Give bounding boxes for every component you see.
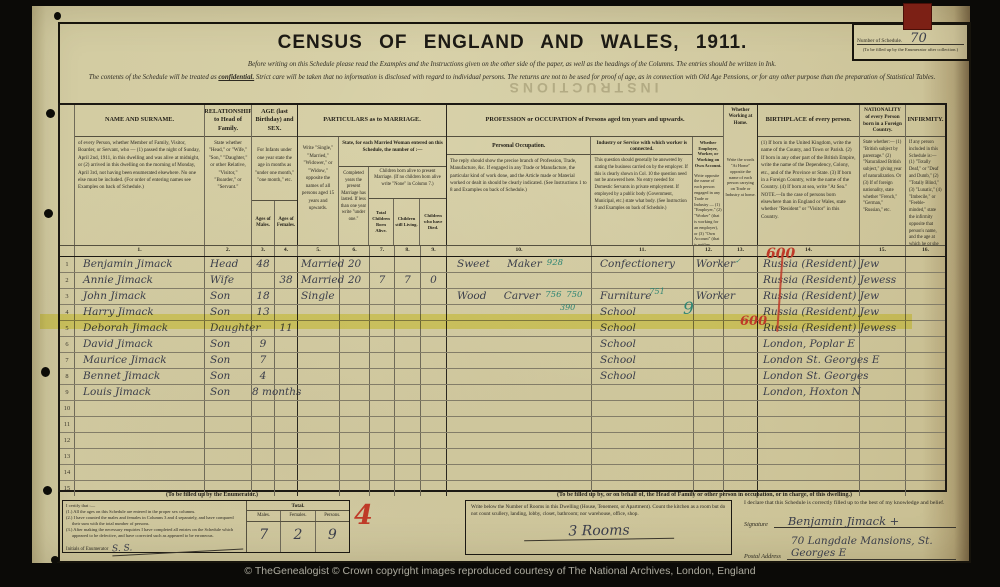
cell-am: 18 <box>252 289 275 304</box>
cell-name: Bennet Jimack <box>75 369 205 384</box>
punch-hole <box>41 367 50 377</box>
column-name-instructions: of every Person, whether Member of Famil… <box>75 137 204 245</box>
rooms-box: Write below the Number of Rooms in this … <box>465 500 732 555</box>
cell-rel: Son <box>205 385 252 400</box>
cell-birth <box>758 401 860 416</box>
cell-born <box>370 433 395 448</box>
punch-hole <box>51 556 59 564</box>
column-infirmity-instructions: If any person included in this Schedule … <box>906 137 945 245</box>
cell-home <box>724 257 758 272</box>
column-number: 2. <box>205 246 252 256</box>
table-row: 2Annie JimackWife38Married20770Russia (R… <box>60 273 945 289</box>
cell-mar <box>298 417 340 432</box>
cell-name: John Jimack <box>75 289 205 304</box>
cell-born <box>370 385 395 400</box>
cell-birth <box>758 417 860 432</box>
cell-occ <box>447 433 592 448</box>
column-employer-worker-instructions: Write opposite the name of each person e… <box>693 171 723 245</box>
cell-inf <box>906 449 945 464</box>
cell-emp <box>694 433 724 448</box>
cell-rel: Wife <box>205 273 252 288</box>
column-birthplace-instructions: (1) If born in the United Kingdom, write… <box>758 137 859 245</box>
cell-born: 7 <box>370 273 395 288</box>
cell-home <box>724 369 758 384</box>
cell-living <box>395 257 421 272</box>
cell-living <box>395 465 421 480</box>
cell-af <box>275 417 298 432</box>
table-row: 12 <box>60 433 945 449</box>
totals-females-value: 2 <box>281 522 315 552</box>
column-marriage: PARTICULARS as to MARRIAGE. Write "Singl… <box>298 105 447 245</box>
cell-born <box>370 369 395 384</box>
column-marriage-years: Completed years the present Marriage has… <box>339 167 369 245</box>
cell-af <box>275 385 298 400</box>
cell-ind: School <box>592 369 694 384</box>
column-number: 6. <box>340 246 370 256</box>
cell-af <box>275 369 298 384</box>
cell-inf <box>906 289 945 304</box>
table-row: 7Maurice JimackSon7SchoolLondon St. Geor… <box>60 353 945 369</box>
cell-birth: London St. Georges <box>758 369 860 384</box>
cell-inf <box>906 369 945 384</box>
table-row: 13 <box>60 449 945 465</box>
cell-emp <box>694 369 724 384</box>
column-number: 12. <box>694 246 724 256</box>
scan-area: INSTRUCTIONS Number of Schedule. 70 (To … <box>0 0 1000 587</box>
cell-living <box>395 289 421 304</box>
cell-birth <box>758 465 860 480</box>
cell-nat <box>860 401 906 416</box>
cell-am <box>252 273 275 288</box>
column-marriage-single-instructions: Write "Single," "Married," "Widower," or… <box>298 137 339 245</box>
cell-inf <box>906 353 945 368</box>
cell-ind <box>592 433 694 448</box>
cell-nat <box>860 257 906 272</box>
column-number: 3. <box>252 246 275 256</box>
cell-ind <box>592 385 694 400</box>
cell-yrs: 20 <box>340 273 370 288</box>
column-working-at-home-instructions: Write the words "At Home" opposite the n… <box>724 129 757 245</box>
column-working-at-home: Whether Working at Home. Write the words… <box>724 105 758 245</box>
column-name-title: NAME AND SURNAME. <box>75 105 204 137</box>
cell-born <box>370 417 395 432</box>
cell-living <box>395 433 421 448</box>
cell-nat <box>860 449 906 464</box>
cell-died <box>421 417 447 432</box>
totals-table: Total. Males. Females. Persons. 7 2 9 <box>247 501 349 552</box>
cell-living <box>395 401 421 416</box>
cell-living <box>395 353 421 368</box>
cell-inf <box>906 401 945 416</box>
green-code: 751 <box>649 285 664 299</box>
cell-ind <box>592 273 694 288</box>
cell-occ <box>447 385 592 400</box>
punch-hole <box>46 109 55 118</box>
cell-birth: London, Poplar E <box>758 337 860 352</box>
signature-label: Signature <box>744 521 768 528</box>
cell-af <box>275 401 298 416</box>
cell-ind: Confectionery <box>592 257 694 272</box>
column-infirmity: INFIRMITY. If any person included in thi… <box>906 105 945 245</box>
signature-value: Benjamin Jimack + <box>774 515 956 528</box>
intro-line-1: Before writing on this Schedule please r… <box>72 60 952 71</box>
cell-yrs <box>340 289 370 304</box>
cell-birth: London, Hoxton N <box>758 385 860 400</box>
column-industry-title: Industry or Service with which worker is… <box>591 137 692 155</box>
cell-yrs <box>340 433 370 448</box>
column-children-died-label: Children who have Died. <box>420 199 446 245</box>
cell-occ <box>447 273 592 288</box>
column-relationship: RELATIONSHIP to Head of Family. State wh… <box>205 105 252 245</box>
cell-rel: Head <box>205 257 252 272</box>
cell-rel: Son <box>205 369 252 384</box>
cell-af <box>275 433 298 448</box>
cell-mar: Married <box>298 257 340 272</box>
cell-am <box>252 417 275 432</box>
cell-died: 0 <box>421 273 447 288</box>
head-of-family-section-heading: (To be filled up by, or on behalf of, th… <box>452 492 957 498</box>
column-working-at-home-title: Whether Working at Home. <box>724 105 757 129</box>
cell-nat <box>860 465 906 480</box>
totals-males-value: 7 <box>247 522 281 552</box>
cell-birth <box>758 433 860 448</box>
cell-born <box>370 353 395 368</box>
postal-address-value: 70 Langdale Mansions, St. Georges E <box>787 535 956 560</box>
cell-rel: Son <box>205 337 252 352</box>
cell-af <box>275 449 298 464</box>
column-number: 11. <box>592 246 694 256</box>
cell-num: 10 <box>60 401 75 416</box>
column-marriage-title: PARTICULARS as to MARRIAGE. <box>298 105 446 137</box>
cell-name: Benjamin Jimack <box>75 257 205 272</box>
row-number-column-header <box>60 105 75 245</box>
totals-heading: Total. <box>247 501 349 511</box>
cell-yrs <box>340 337 370 352</box>
intro2-post: Strict care will be taken that no inform… <box>254 74 935 81</box>
column-industry: Industry or Service with which worker is… <box>591 137 693 245</box>
table-row: 1Benjamin JimackHead48Married20Sweet Mak… <box>60 257 945 273</box>
cell-am <box>252 449 275 464</box>
cell-mar <box>298 369 340 384</box>
column-nationality-instructions: State whether:— (1) "British subject by … <box>860 137 905 245</box>
cell-rel: Son <box>205 353 252 368</box>
cell-rel <box>205 465 252 480</box>
column-relationship-instructions: State whether "Head," or "Wife," "Son," … <box>205 137 251 245</box>
cell-yrs <box>340 401 370 416</box>
cell-yrs <box>340 449 370 464</box>
cell-rel <box>205 433 252 448</box>
cell-died <box>421 289 447 304</box>
cell-name <box>75 417 205 432</box>
column-birthplace: BIRTHPLACE of every person. (1) If born … <box>758 105 860 245</box>
highlight-band-deborah-row <box>40 314 912 329</box>
column-number: 9. <box>421 246 447 256</box>
cell-am: 8 months <box>252 385 275 400</box>
cell-rel <box>205 401 252 416</box>
cell-occ: Sweet Maker928 <box>447 257 592 272</box>
cell-num: 14 <box>60 465 75 480</box>
cell-am: 7 <box>252 353 275 368</box>
cell-num: 2 <box>60 273 75 288</box>
cell-emp <box>694 273 724 288</box>
cell-born <box>370 481 395 496</box>
column-number: 16. <box>906 246 945 256</box>
cell-died <box>421 385 447 400</box>
green-code: 756 750 <box>545 288 582 302</box>
column-number: 15. <box>860 246 906 256</box>
cell-living: 7 <box>395 273 421 288</box>
table-row: 8Bennet JimackSon4SchoolLondon St. Georg… <box>60 369 945 385</box>
cell-name: Annie Jimack <box>75 273 205 288</box>
cell-num: 12 <box>60 433 75 448</box>
intro2-pre: The contents of the Schedule will be tre… <box>89 74 219 81</box>
cell-occ <box>447 353 592 368</box>
cell-am <box>252 433 275 448</box>
cell-living <box>395 417 421 432</box>
cell-name: Louis Jimack <box>75 385 205 400</box>
cell-num: 7 <box>60 353 75 368</box>
cell-nat <box>860 273 906 288</box>
cell-mar <box>298 433 340 448</box>
cell-living <box>395 369 421 384</box>
cell-died <box>421 353 447 368</box>
cell-nat <box>860 433 906 448</box>
cell-am <box>252 401 275 416</box>
declaration-text: I declare that this Schedule is correctl… <box>744 500 956 508</box>
cell-died <box>421 449 447 464</box>
cell-died <box>421 433 447 448</box>
cell-inf <box>906 433 945 448</box>
cell-home <box>724 449 758 464</box>
cell-emp: Worker <box>694 289 724 304</box>
cell-af <box>275 257 298 272</box>
cell-yrs: 20 <box>340 257 370 272</box>
cell-born <box>370 337 395 352</box>
cell-home <box>724 465 758 480</box>
cell-born <box>370 289 395 304</box>
green-worker-code-9: 9 <box>683 299 694 319</box>
postal-address-label: Postal Address <box>744 553 781 560</box>
totals-females-label: Females. <box>281 511 315 521</box>
archive-corner-tab <box>903 3 932 30</box>
census-table: NAME AND SURNAME. of every Person, wheth… <box>58 103 947 492</box>
cell-birth <box>758 449 860 464</box>
column-age: AGE (last Birthday) and SEX. For Infants… <box>252 105 298 245</box>
cell-died <box>421 401 447 416</box>
cell-occ: Wood Carver756 750 <box>447 289 592 304</box>
column-nationality: NATIONALITY of every Person born in a Fo… <box>860 105 906 245</box>
cell-home <box>724 417 758 432</box>
cell-home <box>724 385 758 400</box>
cell-living <box>395 449 421 464</box>
cell-rel <box>205 449 252 464</box>
column-personal-occupation-title: Personal Occupation. <box>447 137 590 155</box>
column-personal-occupation-instructions: The reply should show the precise branch… <box>447 155 590 245</box>
rooms-value: 3 Rooms <box>523 521 673 541</box>
cell-ind <box>592 401 694 416</box>
enumerator-certify-box: I certify that :— (1.) All the ages on t… <box>62 500 350 553</box>
column-personal-occupation: Personal Occupation. The reply should sh… <box>447 137 591 245</box>
green-code: 928 <box>547 256 563 270</box>
column-children-born-label: Total Children Born Alive. <box>369 199 394 245</box>
cell-occ <box>447 417 592 432</box>
cell-af <box>275 353 298 368</box>
cell-emp <box>694 385 724 400</box>
cell-yrs <box>340 353 370 368</box>
cell-name <box>75 465 205 480</box>
cell-home <box>724 353 758 368</box>
column-number: 13. <box>724 246 758 256</box>
cell-nat <box>860 289 906 304</box>
cell-yrs <box>340 369 370 384</box>
cell-home <box>724 337 758 352</box>
cell-num: 6 <box>60 337 75 352</box>
column-employer-worker: Whether Employer, Worker, or Working on … <box>693 137 723 245</box>
cell-ind: Furniture751 <box>592 289 694 304</box>
intro2-confidential: confidential. <box>218 74 254 81</box>
cell-ind: School <box>592 337 694 352</box>
cell-af <box>275 289 298 304</box>
red-birthplace-code-600-row5: 600 <box>740 314 767 329</box>
intro-line-2: The contents of the Schedule will be tre… <box>72 73 952 84</box>
cell-inf <box>906 337 945 352</box>
cell-mar <box>298 337 340 352</box>
cell-name <box>75 433 205 448</box>
cell-nat <box>860 385 906 400</box>
cell-num: 1 <box>60 257 75 272</box>
cell-inf <box>906 385 945 400</box>
cell-home <box>724 433 758 448</box>
punch-hole <box>44 209 53 218</box>
cell-ind <box>592 449 694 464</box>
cell-num: 11 <box>60 417 75 432</box>
cell-rel <box>205 417 252 432</box>
table-row: 6David JimackSon9SchoolLondon, Poplar E <box>60 337 945 353</box>
cell-am: 48 <box>252 257 275 272</box>
rooms-instructions: Write below the Number of Rooms in this … <box>471 504 726 519</box>
column-number: 8. <box>395 246 421 256</box>
cell-occ <box>447 465 592 480</box>
watermark-text: © TheGenealogist © Crown copyright image… <box>0 565 1000 577</box>
cell-nat <box>860 417 906 432</box>
cell-nat <box>860 353 906 368</box>
cell-occ <box>447 369 592 384</box>
column-profession: PROFESSION or OCCUPATION of Persons aged… <box>447 105 724 245</box>
census-schedule-page: INSTRUCTIONS Number of Schedule. 70 (To … <box>32 6 970 563</box>
totals-persons-label: Persons. <box>316 511 349 521</box>
cell-emp <box>694 353 724 368</box>
certify-item-2: (2.) I have counted the males and female… <box>66 515 243 527</box>
cell-emp <box>694 401 724 416</box>
cell-home <box>724 401 758 416</box>
cell-emp <box>694 417 724 432</box>
punch-hole <box>54 12 61 20</box>
cell-inf <box>906 417 945 432</box>
column-marriage-married-woman: State, for each Married Woman entered on… <box>339 137 446 167</box>
cell-occ <box>447 449 592 464</box>
table-row: 11 <box>60 417 945 433</box>
column-profession-title: PROFESSION or OCCUPATION of Persons aged… <box>447 105 723 137</box>
cell-birth: Russia (Resident) Jew <box>758 289 860 304</box>
cell-home <box>724 289 758 304</box>
cell-mar: Single <box>298 289 340 304</box>
table-rows: 1Benjamin JimackHead48Married20Sweet Mak… <box>60 257 945 490</box>
column-marriage-children-header: Children born alive to present Marriage.… <box>369 167 446 199</box>
cell-mar <box>298 385 340 400</box>
cell-died <box>421 465 447 480</box>
cell-mar: Married <box>298 273 340 288</box>
cell-emp: Worker✓ <box>694 257 724 272</box>
column-employer-worker-title: Whether Employer, Worker, or Working on … <box>693 137 723 171</box>
column-number: 7. <box>370 246 395 256</box>
cell-emp <box>694 337 724 352</box>
column-number: 1. <box>75 246 205 256</box>
cell-living <box>395 385 421 400</box>
cell-birth: London St. Georges E <box>758 353 860 368</box>
column-age-title: AGE (last Birthday) and SEX. <box>252 105 297 137</box>
cell-occ <box>447 401 592 416</box>
cell-num: 8 <box>60 369 75 384</box>
column-age-males-label: Ages of Males. <box>252 201 275 245</box>
cell-born <box>370 401 395 416</box>
cell-born <box>370 257 395 272</box>
declaration-section: I declare that this Schedule is correctl… <box>744 500 956 560</box>
totals-males-label: Males. <box>247 511 281 521</box>
column-infirmity-title: INFIRMITY. <box>906 105 945 137</box>
cell-occ <box>447 337 592 352</box>
cell-born <box>370 465 395 480</box>
column-age-instructions: For Infants under one year state the age… <box>252 137 297 200</box>
cell-inf <box>906 257 945 272</box>
table-row: 3John JimackSon18SingleWood Carver756 75… <box>60 289 945 305</box>
cell-mar <box>298 465 340 480</box>
column-relationship-title: RELATIONSHIP to Head of Family. <box>205 105 251 137</box>
column-numbers-row: 1.2.3.4.5.6.7.8.9.10.11.12.13.14.15.16. <box>60 245 945 257</box>
cell-am <box>252 465 275 480</box>
table-header-row: NAME AND SURNAME. of every Person, wheth… <box>60 105 945 245</box>
table-row: 9Louis JimackSon8 monthsLondon, Hoxton N <box>60 385 945 401</box>
column-children-living-label: Children still Living. <box>394 199 420 245</box>
red-total-mark-4: 4 <box>354 500 373 531</box>
green-occupation-code-390: 390 <box>560 303 575 312</box>
cell-num: 13 <box>60 449 75 464</box>
table-row: 10 <box>60 401 945 417</box>
cell-ind <box>592 417 694 432</box>
cell-mar <box>298 401 340 416</box>
cell-emp <box>694 465 724 480</box>
cell-mar <box>298 353 340 368</box>
cell-name: Maurice Jimack <box>75 353 205 368</box>
column-age-females-label: Ages of Females. <box>275 201 297 245</box>
cell-died <box>421 481 447 496</box>
cell-died <box>421 257 447 272</box>
cell-inf <box>906 465 945 480</box>
column-industry-instructions: This question should generally be answer… <box>591 155 692 245</box>
totals-persons-value: 9 <box>316 522 349 552</box>
page-title: CENSUS OF ENGLAND AND WALES, 1911. <box>58 32 967 54</box>
cell-yrs <box>340 385 370 400</box>
cell-am: 9 <box>252 337 275 352</box>
cell-mar <box>298 449 340 464</box>
enumerator-section-heading: (To be filled up by the Enumerator.) <box>62 492 362 498</box>
enumerator-initials-label: Initials of Enumerator <box>66 547 108 553</box>
cell-ind <box>592 465 694 480</box>
cell-home <box>724 273 758 288</box>
cell-num: 3 <box>60 289 75 304</box>
cell-name: David Jimack <box>75 337 205 352</box>
cell-birth: Russia (Resident) Jewess <box>758 273 860 288</box>
column-number: 10. <box>447 246 592 256</box>
